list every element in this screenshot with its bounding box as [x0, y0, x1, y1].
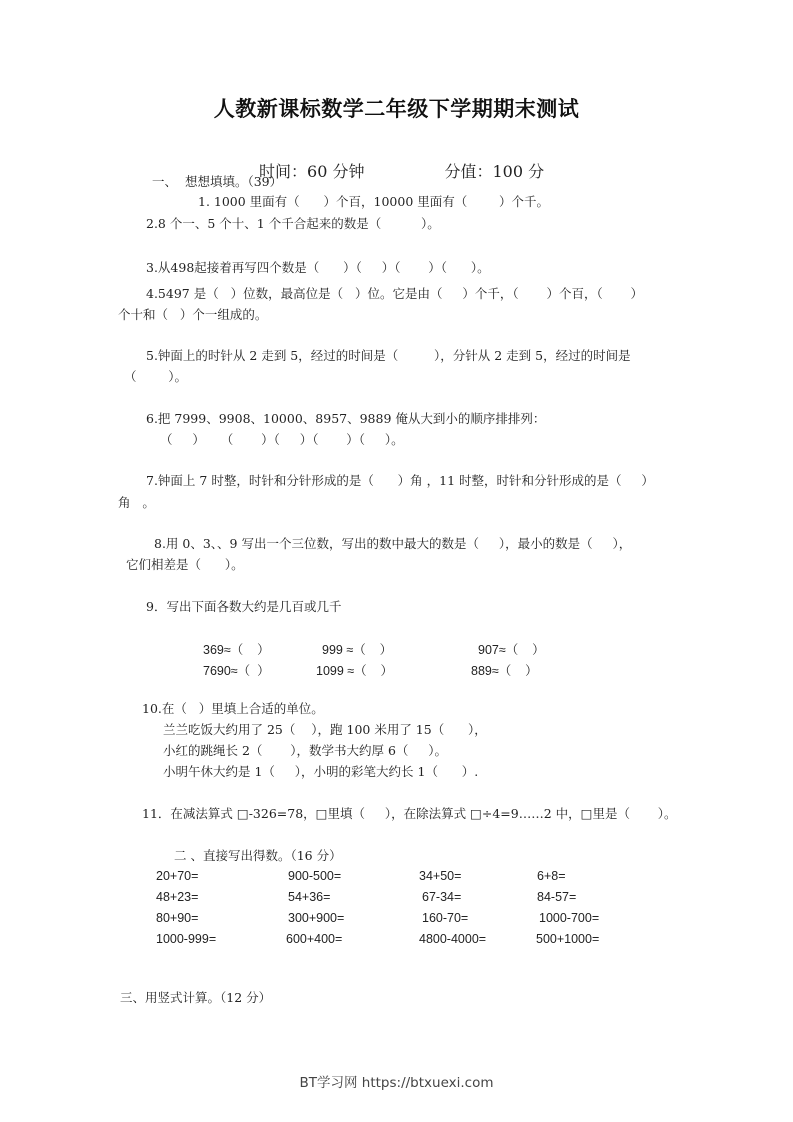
estimate-item: 999 ≈（ ）	[322, 640, 392, 658]
watermark: BT学习网 https://btxuexi.com	[0, 1071, 793, 1091]
question-1: 1. 1000 里面有（ ）个百，10000 里面有（ ）个千。	[198, 194, 549, 210]
question-11: 11．在减法算式 □-326=78，□里填（ ），在除法算式 □÷4=9……2 …	[142, 806, 677, 822]
section1-heading: 一、 想想填填。（39）	[152, 174, 282, 190]
page-title: 人教新课标数学二年级下学期期末测试	[0, 93, 793, 123]
estimate-item: 907≈（ ）	[478, 640, 545, 658]
estimate-item: 889≈（ ）	[471, 661, 538, 679]
question-10-line1: 兰兰吃饭大约用了 25（ ），跑 100 米用了 15（ ），	[163, 722, 487, 738]
calc-item: 34+50=	[419, 869, 461, 883]
question-4-line2: 个十和（ ）个一组成的。	[118, 307, 267, 323]
question-8-line1: 8.用 0、3、、9 写出一个三位数，写出的数中最大的数是（ ），最小的数是（ …	[154, 536, 631, 552]
calc-item: 48+23=	[156, 890, 198, 904]
question-2: 2.8 个一、5 个十、1 个千合起来的数是（ ）。	[146, 216, 440, 232]
question-4-line1: 4.5497 是（ ）位数，最高位是（ ）位。它是由（ ）个千，（ ）个百，（ …	[146, 286, 643, 302]
calc-item: 300+900=	[288, 911, 344, 925]
calc-item: 67-34=	[422, 890, 461, 904]
calc-item: 4800-4000=	[419, 932, 486, 946]
question-9-heading: 9．写出下面各数大约是几百或几千	[146, 599, 341, 615]
calc-item: 1000-999=	[156, 932, 216, 946]
exam-score: 分值：100 分	[444, 159, 544, 182]
calc-item: 84-57=	[537, 890, 576, 904]
calc-item: 160-70=	[422, 911, 468, 925]
section2-heading: 二 、直接写出得数。（16 分）	[174, 848, 342, 864]
question-6-line1: 6.把 7999、9908、10000、8957、9889 俺从大到小的顺序排排…	[146, 411, 545, 427]
section3-heading: 三、用竖式计算。（12 分）	[120, 990, 271, 1006]
question-3: 3.从498起接着再写四个数是（ ）（ ）（ ）（ ）。	[146, 260, 490, 276]
calc-item: 500+1000=	[536, 932, 599, 946]
question-10-line2: 小红的跳绳长 2（ ），数学书大约厚 6（ ）。	[163, 743, 447, 759]
exam-info: 时间：60 分钟分值：100 分	[0, 140, 793, 182]
calc-item: 80+90=	[156, 911, 198, 925]
question-10-line3: 小明午休大约是 1（ ），小明的彩笔大约长 1（ ）.	[163, 764, 478, 780]
question-7-line2: 角 。	[118, 495, 155, 511]
estimate-item: 7690≈（ ）	[203, 661, 270, 679]
question-8-line2: 它们相差是（ ）。	[126, 557, 244, 573]
calc-item: 900-500=	[288, 869, 341, 883]
question-5-line2: （ ）。	[124, 369, 187, 385]
question-5-line1: 5.钟面上的时针从 2 走到 5，经过的时间是（ ），分针从 2 走到 5，经过…	[146, 348, 631, 364]
calc-item: 6+8=	[537, 869, 566, 883]
calc-item: 600+400=	[286, 932, 342, 946]
question-10-heading: 10.在（ ）里填上合适的单位。	[142, 701, 324, 717]
estimate-item: 369≈（ ）	[203, 640, 270, 658]
calc-item: 54+36=	[288, 890, 330, 904]
question-7-line1: 7.钟面上 7 时整，时针和分针形成的是（ ）角 ，11 时整，时针和分针形成的…	[146, 473, 654, 489]
calc-item: 1000-700=	[539, 911, 599, 925]
estimate-item: 1099 ≈（ ）	[316, 661, 393, 679]
calc-item: 20+70=	[156, 869, 198, 883]
question-6-line2: （ ） （ ）（ ）（ ）（ ）。	[160, 432, 404, 448]
